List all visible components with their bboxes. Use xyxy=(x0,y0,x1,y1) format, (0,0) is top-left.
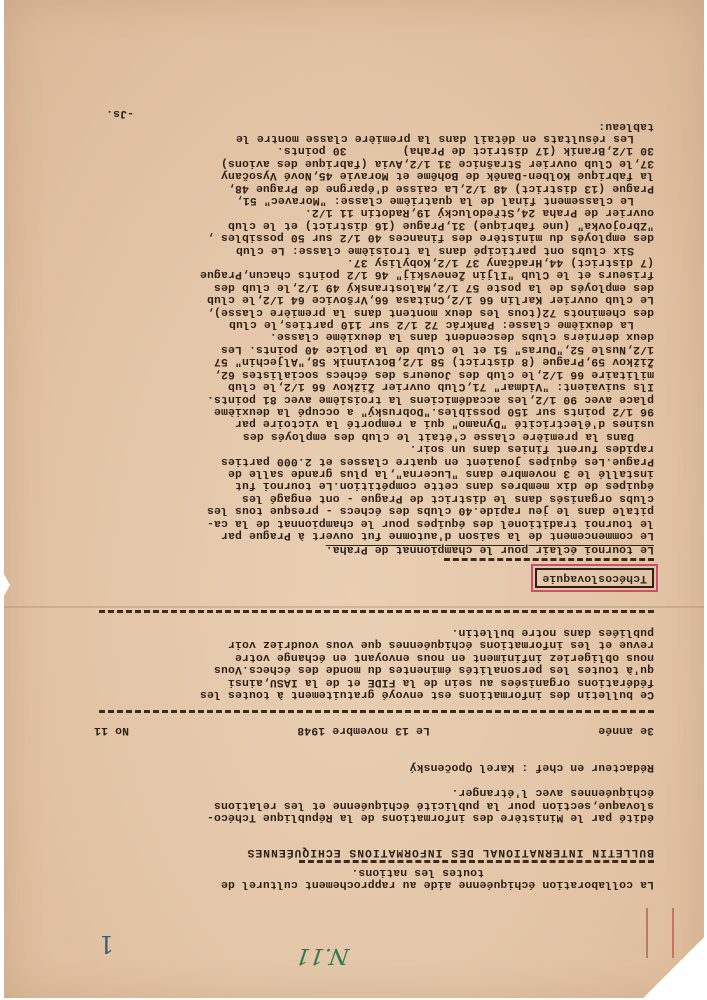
body-line: Le commencement de la saison d'automne f… xyxy=(106,529,654,541)
intro-line: publiées dans notre bulletin. xyxy=(200,626,654,638)
body-line: clubs organisés dans le district de Prag… xyxy=(106,491,654,503)
paper-notch xyxy=(0,567,10,603)
body-line: 96 1/2 points sur 150 possibles."Dobrusk… xyxy=(106,405,654,417)
intro-line: nous obligeriez infiniment en nous envoy… xyxy=(200,650,654,662)
body-line: des employés de la poste 57 1/2,Malostra… xyxy=(106,280,654,292)
body-line: La deuxième classe: Pankrác 72 1/2 sur 1… xyxy=(106,318,654,330)
motto: La collaboration échiquéenne aide au rap… xyxy=(221,865,654,890)
publisher-info: édité par le Ministère des informations … xyxy=(207,786,654,823)
scanned-page: N.11 1 La collaboration échiquéenne aide… xyxy=(0,0,707,1000)
body-line: Le classement final de la quatrième clas… xyxy=(106,194,654,206)
body-line: Les résultats en détail dans la première… xyxy=(106,132,654,144)
intro-line: revue et les informations échiquéennes q… xyxy=(200,638,654,650)
body-line: usines d'électricité "Dynamo" qui a remp… xyxy=(106,417,654,429)
stamp-divider xyxy=(444,558,654,561)
body-line: place avec 90 1/2,les accadémiciens la t… xyxy=(106,392,654,404)
body-line: Six clubs ont participé dans la troisièm… xyxy=(106,243,654,255)
intro-line: fédérations organisées au sein de la FID… xyxy=(200,675,654,687)
body-line: des employés du ministère des finances 4… xyxy=(106,231,654,243)
handwritten-issue-number: N.11 xyxy=(294,943,350,968)
editor-in-chief: Rédacteur en chef : Karel Opočenský xyxy=(410,761,655,773)
fold-crease xyxy=(4,606,704,608)
issue-year: 3e année xyxy=(598,724,654,736)
body-line: des cheminots 72(tous les deux montent d… xyxy=(106,305,654,317)
body-line: 30 1/2,Braník (17 district de Praha) 30 … xyxy=(106,144,654,156)
issue-number: No 11 xyxy=(94,724,129,736)
body-line: 37,le Club ouvrier Strašnice 31 1/2,Avia… xyxy=(106,156,654,168)
body-line: "Zbrojovka" (une fabrique) 31,Prague (16… xyxy=(106,218,654,230)
article-body: Le commencement de la saison d'automne f… xyxy=(106,107,654,541)
body-line: équipes de dix membres dans cette compét… xyxy=(106,479,654,491)
bulletin-title: BULLETIN INTERNATIONAL DES INFORMATIONS … xyxy=(247,846,654,858)
motto-line: La collaboration échiquéenne aide au rap… xyxy=(221,878,654,890)
publisher-line: édité par le Ministère des informations … xyxy=(207,811,654,823)
divider xyxy=(99,710,654,713)
issue-info: 3e année Le 13 novembre 1948 No 11 xyxy=(94,724,654,736)
handwritten-mark: 1 xyxy=(99,930,114,958)
body-line: pitale dans le jeu rapide.40 clubs des é… xyxy=(106,504,654,516)
title-divider xyxy=(299,860,654,863)
intro-line: qu'à toutes les personalités éminentes d… xyxy=(200,663,654,675)
intro-paragraph: Ce bulletin des informations est envoyé … xyxy=(200,626,654,700)
body-line: le tournoi traditionel des équipes pour … xyxy=(106,516,654,528)
motto-line: toutes les nations. xyxy=(221,865,654,877)
body-line: deux derniers clubs descendent dans la d… xyxy=(106,330,654,342)
divider xyxy=(99,610,654,613)
body-line: Le club ouvrier Karlín 66 1/2,Cnitasa 66… xyxy=(106,293,654,305)
body-line: la fabrique Kolben-Daněk de Bohême et Mo… xyxy=(106,169,654,181)
body-line: militaire 66 1/2,le club des Joueurs des… xyxy=(106,367,654,379)
body-line: installé le 3 novembre dans "Lucerna",la… xyxy=(106,467,654,479)
body-line: Prague (13 district) 48 1/2,La caisse d'… xyxy=(106,181,654,193)
section-stamp: Tchécoslovaquie xyxy=(535,568,654,588)
intro-line: Ce bulletin des informations est envoyé … xyxy=(200,688,654,700)
author-signature: -Js. xyxy=(106,107,654,119)
paper-sheet: N.11 1 La collaboration échiquéenne aide… xyxy=(4,0,704,998)
body-line: rapides furent finies dans un soir. xyxy=(106,442,654,454)
body-line: ouvrier de Praha 24,Středolucký 19,Radot… xyxy=(106,206,654,218)
article-headline: Le tournoi éclair pour le championnat de… xyxy=(326,543,654,555)
body-line: friseurs et le Club "Iljin Ženevskij" 46… xyxy=(106,268,654,280)
body-line: Žižkov 59,Prague (8 district) 58 1/2,Bot… xyxy=(106,355,654,367)
publisher-line: slovaque,section pour la publicité échiq… xyxy=(207,798,654,810)
publisher-line: échiquéennes avec l'étranger. xyxy=(207,786,654,798)
body-line: Prague.Les équipes jouaient en quatre cl… xyxy=(106,454,654,466)
body-line: tableau: xyxy=(106,119,654,131)
red-pencil-marks xyxy=(646,908,674,958)
issue-date: Le 13 novembre 1948 xyxy=(297,724,430,736)
body-line: (7 district) 44,Hradčany 37 1/2,Kobylisy… xyxy=(106,256,654,268)
body-line: Dans la première classe c'était le club … xyxy=(106,429,654,441)
body-line: 1/2,Nusle 52,"Duras" 51 et le Club de la… xyxy=(106,343,654,355)
body-line: Ils suivaient: "Vidmar" 71,Club ouvrier … xyxy=(106,380,654,392)
